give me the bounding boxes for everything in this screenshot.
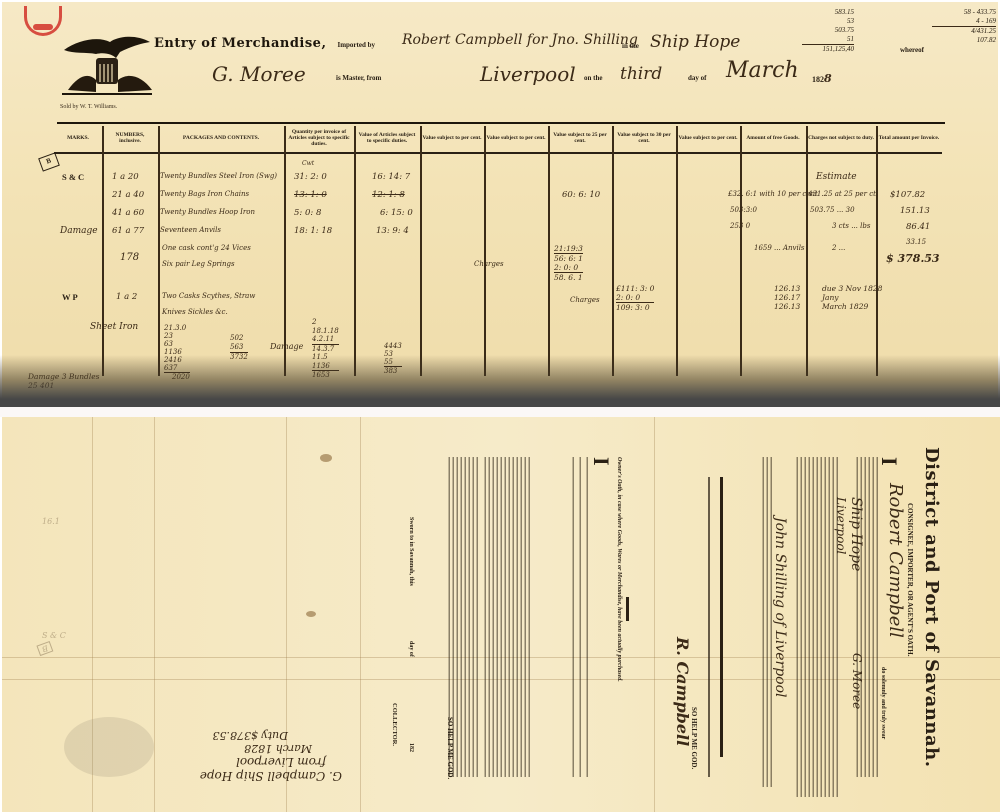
row1-marks: S & C <box>62 172 84 182</box>
vessel-name: Ship Hope <box>650 32 740 52</box>
sheet-iron-label: Sheet Iron <box>90 322 138 332</box>
sworn-year: 182 <box>408 743 414 752</box>
oath-importer-name: Robert Campbell <box>885 483 906 638</box>
oath-subheading: CONSIGNEE, IMPORTER, OR AGENT'S OATH. <box>906 503 914 656</box>
oath-master-name: G. Moree <box>850 653 864 709</box>
entry-mark-badge: B <box>38 152 60 171</box>
col-divider <box>876 126 878 376</box>
cask-line-2: Six pair Leg Springs <box>162 260 235 268</box>
document-back-side: 16.1 S & C B District and Port of Savann… <box>2 417 1000 812</box>
wp-charges-note: Charges <box>570 296 600 304</box>
col-divider <box>420 126 422 376</box>
sworn-day-of-label: day of <box>408 641 414 657</box>
bleed-through-text: S & C <box>42 631 66 640</box>
row4-numbers: 61 a 77 <box>112 226 144 236</box>
col-marks: MARKS. <box>54 126 102 150</box>
fold-line <box>654 417 655 812</box>
wax-seal-icon <box>24 6 62 36</box>
cask-calc: 21:19:3 56: 6: 1 2: 0: 0 58. 6. 1 <box>554 244 583 282</box>
row4-marks: Damage <box>60 226 98 236</box>
col-total: Total amount per Invoice. <box>876 126 942 150</box>
wp-col30: £111: 3: 0 2: 0: 0 109: 3: 0 <box>616 284 654 312</box>
row3-free: 253 0 <box>730 222 750 230</box>
struck-line <box>708 477 710 777</box>
in-the-label: in the <box>622 42 639 50</box>
cask-number: 178 <box>120 252 139 263</box>
col-packages: PACKAGES AND CONTENTS. <box>158 126 284 150</box>
owners-oath-title: Owner's Oath, in case where Goods, Wares… <box>616 457 622 682</box>
col-value-pct-2: Value subject to per cent. <box>484 126 548 150</box>
printer-credit: Sold by W. T. Williams. <box>60 104 117 110</box>
row4-total: 33.15 <box>906 238 926 246</box>
col-value-pct-3: Value subject to per cent. <box>676 126 740 150</box>
oath-signature: R. Campbell <box>673 637 692 746</box>
oath-body-text <box>762 457 772 787</box>
row4-value: 13: 9: 4 <box>376 226 409 236</box>
margin-calculation-center: 583.15 53 503.75 51 151,125,40 <box>802 8 854 54</box>
page-gap <box>0 407 1000 417</box>
row3-qty: 5: 0: 8 <box>294 208 321 218</box>
col-qty-specific: Quantity per invoice of Articles subject… <box>284 126 354 150</box>
merchandise-ledger: MARKS. NUMBERS, inclusive. PACKAGES AND … <box>54 126 942 386</box>
form-title: Entry of Merchandise, <box>154 36 326 51</box>
page-shadow <box>0 355 1000 410</box>
oath-letter-i: I <box>876 457 902 466</box>
owners-oath-body <box>568 457 588 777</box>
row2-contents: Twenty Bags Iron Chains <box>160 190 249 198</box>
row3-charges: 3 cts ... lbs <box>832 222 870 230</box>
importer-name: Robert Campbell for Jno. Shilling <box>402 32 638 48</box>
ink-stain <box>306 611 316 617</box>
document-front-side: Sold by W. T. Williams. Entry of Merchan… <box>2 2 998 407</box>
fold-line <box>360 417 361 812</box>
wp-line-2: Knives Sickles &c. <box>162 308 228 316</box>
year: 1828 <box>812 72 832 85</box>
col-divider <box>158 126 160 376</box>
is-master-from-label: is Master, from <box>336 74 381 82</box>
wp-free: 126.13 126.17 126.13 <box>774 284 800 311</box>
row4-free: 1659 ... Anvils <box>754 244 805 252</box>
row4-contents: Seventeen Anvils <box>160 226 221 234</box>
district-heading: District and Port of Savannah. <box>921 447 942 767</box>
row1-charges: 431.25 at 25 per ct <box>808 190 876 198</box>
estimate-label: Estimate <box>816 172 857 182</box>
col-value-30pct: Value subject to 30 per cent. <box>612 126 676 150</box>
damage-note: Damage <box>270 342 303 351</box>
col-divider <box>806 126 808 376</box>
col-divider <box>676 126 678 376</box>
cask-charges-note: Charges <box>474 260 504 268</box>
row2-qty: 13: 1: 0 <box>294 190 327 200</box>
col-value-pct-1: Value subject to per cent. <box>420 126 484 150</box>
wp-line-1: Two Casks Scythes, Straw <box>162 292 255 300</box>
header-rule <box>57 122 945 124</box>
row2-value: 12: 1: 8 <box>372 190 405 200</box>
row3-value: 6: 15: 0 <box>380 208 413 218</box>
row1-free: £32. 6:1 with 10 per cent <box>728 190 818 198</box>
row3-total: 86.41 <box>906 222 930 232</box>
row2-total: 151.13 <box>900 206 930 216</box>
row1-contents: Twenty Bundles Steel Iron (Swg) <box>160 172 277 180</box>
col-divider <box>354 126 356 376</box>
grand-total: $ 378.53 <box>886 252 940 265</box>
col-charges: Charges not subject to duty. <box>806 126 876 150</box>
month: March <box>726 58 799 83</box>
row1-qty: 31: 2: 0 <box>294 172 327 182</box>
day-of-label: day of <box>688 74 706 82</box>
bleed-through-text: 16.1 <box>42 517 60 526</box>
so-help-me-god-2: SO HELP ME GOD. <box>446 717 454 779</box>
eagle-emblem-icon <box>58 32 156 98</box>
bleed-through-text: B <box>37 641 54 656</box>
row3-contents: Twenty Bundles Hoop Iron <box>160 208 255 216</box>
whereof-label: whereof <box>900 46 924 54</box>
row1-total: $107.82 <box>890 190 925 200</box>
owners-oath-letter-i: I <box>588 457 614 466</box>
on-the-label: on the <box>584 74 602 82</box>
row4-qty: 18: 1: 18 <box>294 226 332 236</box>
row2-charges: 503.75 ... 30 <box>810 206 855 214</box>
docket-note: G. Campbell Ship Hope from Liverpool Mar… <box>142 729 342 783</box>
day-of-month: third <box>620 64 662 84</box>
cask-line-1: One cask cont'g 24 Vices <box>162 244 251 252</box>
ink-stain <box>320 454 332 462</box>
wp-numbers: 1 a 2 <box>116 292 137 302</box>
col-divider <box>102 126 104 376</box>
sworn-in-label: Sworn to in Savannah, this <box>408 517 414 586</box>
row1-qty-note: Cwt <box>302 160 314 167</box>
row1-numbers: 1 a 20 <box>112 172 139 182</box>
row1-value: 16: 14: 7 <box>372 172 410 182</box>
struck-line <box>720 477 723 757</box>
row2-col25: 60: 6: 10 <box>562 190 600 200</box>
master-name: G. Moree <box>212 62 306 86</box>
oath-owner: John Shilling of Liverpool <box>772 517 788 698</box>
oath-ship-name: Ship Hope <box>848 497 864 571</box>
oath-swear-text: do solemnly and truly swear <box>880 667 886 739</box>
col-divider <box>740 126 742 376</box>
wp-marks: W P <box>62 292 78 302</box>
row2-numbers: 21 a 40 <box>112 190 144 200</box>
header-bottom-rule <box>54 152 942 154</box>
col-divider <box>284 126 286 376</box>
imported-by-label: Imported by <box>337 41 375 49</box>
eagle-bleed-through-icon <box>64 717 154 777</box>
row2-free: 503:3:0 <box>730 206 757 214</box>
col-value-specific: Value of Articles subject to specific du… <box>354 126 420 150</box>
oath-body-text <box>796 457 838 797</box>
port-from: Liverpool <box>480 62 576 86</box>
col-divider <box>612 126 614 376</box>
collector-label: COLLECTOR. <box>391 703 398 746</box>
margin-calculation-right: 58 - 433.75 4 - 169 4/431.25 107.82 <box>932 8 996 45</box>
col-numbers: NUMBERS, inclusive. <box>102 126 158 150</box>
col-divider <box>548 126 550 376</box>
col-free-goods: Amount of free Goods. <box>740 126 806 150</box>
owners-oath-body <box>484 457 530 777</box>
wp-dates: due 3 Nov 1828 Jany March 1829 <box>822 284 882 311</box>
separator-dash <box>626 597 629 621</box>
col-divider <box>484 126 486 376</box>
col-value-25pct: Value subject to 25 per cent. <box>548 126 612 150</box>
row4-charges: 2 ... <box>832 244 845 252</box>
row3-numbers: 41 a 60 <box>112 208 144 218</box>
